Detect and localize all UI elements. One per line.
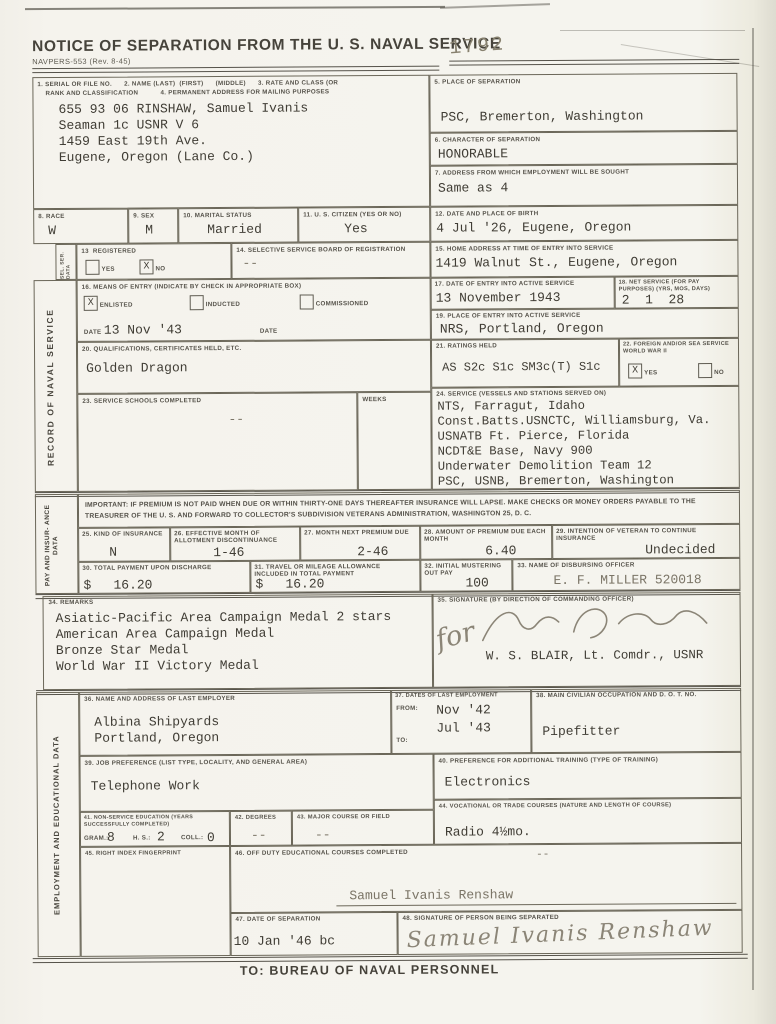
field-46-label: 46. OFF DUTY EDUCATIONAL COURSES COMPLET… bbox=[235, 849, 408, 857]
field-17-date-active-service: 17. DATE OF ENTRY INTO ACTIVE SERVICE 13… bbox=[431, 277, 615, 310]
address-line-1: 1459 East 19th Ave. bbox=[59, 133, 207, 149]
field-9-value: M bbox=[145, 222, 153, 237]
field-43-label: 43. MAJOR COURSE OR FIELD bbox=[297, 814, 390, 821]
inducted-checkbox bbox=[190, 295, 204, 310]
field-36-label: 36. NAME AND ADDRESS OF LAST EMPLOYER bbox=[84, 695, 235, 703]
field-23-value: -- bbox=[228, 412, 244, 427]
field-35-value: W. S. BLAIR, Lt. Comdr., USNR bbox=[486, 648, 704, 663]
registered-yes-label: YES bbox=[101, 266, 114, 273]
commanding-officer-signature-scrawl bbox=[479, 601, 714, 648]
foreign-service-yes-label: YES bbox=[644, 369, 657, 376]
gram-value: 8 bbox=[107, 830, 115, 845]
field-1-4-label-line2: RANK AND CLASSIFICATION 4. PERMANENT ADD… bbox=[45, 88, 329, 97]
field-41-label-1: 41. NON-SERVICE EDUCATION (YEARS bbox=[84, 814, 193, 821]
field-40-value: Electronics bbox=[445, 774, 531, 790]
enlisted-checkbox: X bbox=[84, 296, 98, 311]
field-28-premium-amount: 28. AMOUNT OF PREMIUM DUE EACH MONTH 6.4… bbox=[420, 525, 552, 560]
typed-name-renshaw: Samuel Ivanis Renshaw bbox=[349, 887, 513, 903]
foreign-service-yes-checkbox: X bbox=[628, 363, 642, 378]
field-39-value: Telephone Work bbox=[91, 778, 200, 794]
field-42-degrees: 42. DEGREES -- bbox=[230, 811, 292, 846]
field-42-label: 42. DEGREES bbox=[235, 815, 276, 821]
field-15-label: 15. HOME ADDRESS AT TIME OF ENTRY INTO S… bbox=[435, 245, 613, 253]
field-14-selective-service-board: 14. SELECTIVE SERVICE BOARD OF REGISTRAT… bbox=[231, 242, 430, 279]
field-18-value: 2 1 28 bbox=[622, 292, 685, 307]
field-47-label: 47. DATE OF SEPARATION bbox=[235, 915, 320, 923]
station-line-4: NCDT&E Base, Navy 900 bbox=[438, 444, 593, 459]
field-9-sex: 9. SEX M bbox=[128, 208, 178, 243]
field-22-label: 22. FOREIGN AND/OR SEA SERVICE WORLD WAR… bbox=[623, 341, 735, 356]
field-41-label-2: SUCCESSFULLY COMPLETED) bbox=[84, 821, 170, 828]
record-strip: RECORD OF NAVAL SERVICE bbox=[34, 280, 78, 492]
field-8-label: 8. RACE bbox=[38, 213, 65, 220]
field-35-co-signature: 35. SIGNATURE (BY DIRECTION OF COMMANDIN… bbox=[433, 592, 742, 688]
title-rule-left bbox=[32, 66, 439, 73]
hs-label: H. S.: bbox=[133, 834, 151, 841]
field-34-label: 34. REMARKS bbox=[49, 599, 94, 606]
field-25-value: N bbox=[109, 545, 117, 560]
field-22-foreign-sea-service: 22. FOREIGN AND/OR SEA SERVICE WORLD WAR… bbox=[619, 338, 739, 387]
pay-strip: PAY AND INSUR- ANCE DATA bbox=[35, 494, 79, 594]
field-8-value: W bbox=[48, 223, 56, 238]
field-17-value: 13 November 1943 bbox=[436, 290, 561, 306]
field-33-value: E. F. MILLER 520018 bbox=[553, 572, 701, 588]
field-32-value: 100 bbox=[465, 575, 488, 590]
field-11-value: Yes bbox=[344, 221, 367, 236]
field-27-value: 2-46 bbox=[357, 544, 388, 559]
field-24-label: 24. SERVICE (VESSELS AND STATIONS SERVED… bbox=[436, 390, 606, 398]
inducted-label: INDUCTED bbox=[206, 301, 240, 308]
field-25-kind-of-insurance: 25. KIND OF INSURANCE N bbox=[78, 527, 170, 562]
registered-no-label: NO bbox=[155, 265, 165, 272]
field-1-4-label-line1: 1. SERIAL OR FILE NO. 2. NAME (LAST) (FI… bbox=[37, 79, 338, 88]
field-43-value: -- bbox=[315, 827, 331, 842]
station-line-2: Const.Batts.USNCTC, Williamsburg, Va. bbox=[437, 413, 710, 429]
field-33-disbursing-officer: 33. NAME OF DISBURSING OFFICER E. F. MIL… bbox=[512, 558, 740, 591]
field-47-date-of-separation: 47. DATE OF SEPARATION 10 Jan '46 bc bbox=[230, 912, 397, 956]
field-23-service-schools: 23. SERVICE SCHOOLS COMPLETED -- bbox=[77, 392, 358, 492]
record-strip-label: RECORD OF NAVAL SERVICE bbox=[45, 289, 60, 485]
separation-form: NOTICE OF SEPARATION FROM THE U. S. NAVA… bbox=[0, 0, 776, 1024]
footer-addressee: TO: BUREAU OF NAVAL PERSONNEL bbox=[240, 962, 500, 978]
field-26-allotment-discontinuance: 26. EFFECTIVE MONTH OF ALLOTMENT DISCONT… bbox=[170, 527, 300, 562]
field-26-label: 26. EFFECTIVE MONTH OF ALLOTMENT DISCONT… bbox=[174, 530, 296, 545]
field-15-home-address: 15. HOME ADDRESS AT TIME OF ENTRY INTO S… bbox=[430, 240, 738, 278]
field-6-character-of-separation: 6. CHARACTER OF SEPARATION HONORABLE bbox=[430, 131, 738, 166]
field-5-place-of-separation: 5. PLACE OF SEPARATION PSC, Bremerton, W… bbox=[429, 73, 737, 133]
field-46-value: -- bbox=[536, 849, 549, 861]
sel-ser-data-strip: SEL. SER. DATA bbox=[55, 244, 76, 280]
gram-label: GRAM.: bbox=[84, 835, 109, 842]
field-12-label: 12. DATE AND PLACE OF BIRTH bbox=[435, 210, 538, 218]
employment-strip: EMPLOYMENT AND EDUCATIONAL DATA bbox=[36, 692, 81, 957]
scanned-document-page: NOTICE OF SEPARATION FROM THE U. S. NAVA… bbox=[0, 0, 776, 1024]
field-29-label: 29. INTENTION OF VETERAN TO CONTINUE INS… bbox=[556, 527, 736, 542]
field-13-label: 13 REGISTERED bbox=[81, 248, 136, 255]
field-29-intention-continue: 29. INTENTION OF VETERAN TO CONTINUE INS… bbox=[552, 524, 740, 559]
employment-strip-label: EMPLOYMENT AND EDUCATIONAL DATA bbox=[51, 699, 67, 952]
field-11-label: 11. U. S. CITIZEN (YES OR NO) bbox=[303, 211, 401, 219]
field-37-dates-of-employment: 37. DATES OF LAST EMPLOYMENT FROM: Nov '… bbox=[391, 689, 531, 754]
commissioned-checkbox bbox=[300, 294, 314, 309]
remark-line-3: Bronze Star Medal bbox=[56, 642, 189, 658]
to-value: Jul '43 bbox=[436, 720, 491, 735]
field-30-currency: $ bbox=[83, 578, 91, 593]
foreign-service-no-label: NO bbox=[714, 369, 724, 376]
field-9-label: 9. SEX bbox=[133, 212, 154, 219]
field-38-value: Pipefitter bbox=[542, 724, 620, 739]
field-28-value: 6.40 bbox=[485, 543, 516, 558]
registered-no-checkbox: X bbox=[139, 259, 153, 274]
field-32-mustering-out-pay: 32. INITIAL MUSTERING OUT PAY 100 bbox=[420, 559, 512, 592]
field-31-travel-allowance: 31. TRAVEL OR MILEAGE ALLOWANCE INCLUDED… bbox=[250, 560, 420, 593]
field-30-value: 16.20 bbox=[113, 577, 152, 592]
enlisted-label: ENLISTED bbox=[100, 302, 133, 309]
field-44-value: Radio 4½mo. bbox=[445, 824, 531, 840]
station-line-6: PSC, USNB, Bremerton, Washington bbox=[438, 473, 674, 488]
field-19-value: NRS, Portland, Oregon bbox=[440, 321, 604, 337]
field-15-value: 1419 Walnut St., Eugene, Oregon bbox=[435, 254, 677, 270]
field-28-label: 28. AMOUNT OF PREMIUM DUE EACH MONTH bbox=[424, 528, 548, 543]
field-16-means-of-entry: 16. MEANS OF ENTRY (INDICATE BY CHECK IN… bbox=[77, 278, 431, 342]
from-value: Nov '42 bbox=[436, 702, 491, 717]
field-14-value: -- bbox=[242, 256, 258, 271]
field-13-registered: 13 REGISTERED YES X NO bbox=[76, 243, 231, 280]
field-40-label: 40. PREFERENCE FOR ADDITIONAL TRAINING (… bbox=[439, 756, 659, 764]
field-1-4-identity: 1. SERIAL OR FILE NO. 2. NAME (LAST) (FI… bbox=[32, 75, 430, 209]
from-label: FROM: bbox=[396, 705, 418, 712]
station-line-5: Underwater Demolition Team 12 bbox=[438, 458, 652, 473]
field-10-value: Married bbox=[207, 222, 262, 237]
field-12-birth: 12. DATE AND PLACE OF BIRTH 4 Jul '26, E… bbox=[430, 205, 738, 242]
field-5-value: PSC, Bremerton, Washington bbox=[441, 108, 644, 124]
field-18-net-service: 18. NET SERVICE (FOR PAY PURPOSES) (YRS,… bbox=[615, 276, 739, 309]
remark-line-1: Asiatic-Pacific Area Campaign Medal 2 st… bbox=[56, 609, 392, 626]
remark-line-2: American Area Campaign Medal bbox=[56, 626, 275, 642]
field-43-major-course: 43. MAJOR COURSE OR FIELD -- bbox=[292, 810, 434, 846]
commissioned-label: COMMISSIONED bbox=[316, 300, 369, 307]
field-23-weeks-column: WEEKS bbox=[357, 392, 432, 490]
field-17-label: 17. DATE OF ENTRY INTO ACTIVE SERVICE bbox=[435, 280, 575, 288]
field-6-label: 6. CHARACTER OF SEPARATION bbox=[435, 136, 541, 144]
field-31-label: 31. TRAVEL OR MILEAGE ALLOWANCE INCLUDED… bbox=[254, 563, 414, 578]
field-44-label: 44. VOCATIONAL OR TRADE COURSES (NATURE … bbox=[439, 802, 672, 809]
entry-date-label: DATE bbox=[84, 329, 102, 336]
field-7-employment-address: 7. ADDRESS FROM WHICH EMPLOYMENT WILL BE… bbox=[430, 164, 738, 207]
station-line-1: NTS, Farragut, Idaho bbox=[437, 399, 585, 414]
field-41-non-service-education: 41. NON-SERVICE EDUCATION (YEARS SUCCESS… bbox=[80, 811, 230, 847]
field-26-value: 1-46 bbox=[213, 545, 244, 560]
field-38-label: 38. MAIN CIVILIAN OCCUPATION AND D. O. T… bbox=[536, 691, 736, 699]
field-21-value: AS S2c S1c SM3c(T) S1c bbox=[442, 360, 601, 375]
serial-and-name-value: 655 93 06 RINSHAW, Samuel Ivanis bbox=[58, 100, 308, 117]
title-rule-right bbox=[449, 59, 739, 66]
field-7-label: 7. ADDRESS FROM WHICH EMPLOYMENT WILL BE… bbox=[435, 169, 629, 177]
field-16-label: 16. MEANS OF ENTRY (INDICATE BY CHECK IN… bbox=[82, 283, 302, 291]
field-30-total-payment: 30. TOTAL PAYMENT UPON DISCHARGE $ 16.20 bbox=[78, 561, 250, 594]
entry-date-value: 13 Nov '43 bbox=[104, 322, 182, 337]
field-23-label: 23. SERVICE SCHOOLS COMPLETED bbox=[82, 397, 201, 405]
field-48-signature-of-separated: 48. SIGNATURE OF PERSON BEING SEPARATED … bbox=[397, 910, 742, 955]
field-45-fingerprint: 45. RIGHT INDEX FINGERPRINT bbox=[80, 846, 231, 957]
field-47-value: 10 Jan '46 bc bbox=[234, 933, 336, 949]
handwritten-for: for bbox=[433, 616, 479, 656]
field-27-month-next-premium: 27. MONTH NEXT PREMIUM DUE 2-46 bbox=[300, 526, 420, 561]
serial-stamp: 1792 bbox=[448, 33, 506, 60]
field-48-label: 48. SIGNATURE OF PERSON BEING SEPARATED bbox=[402, 914, 558, 922]
field-29-value: Undecided bbox=[645, 542, 715, 557]
coll-value: 0 bbox=[207, 830, 215, 845]
field-21-ratings-held: 21. RATINGS HELD AS S2c S1c SM3c(T) S1c bbox=[431, 339, 619, 388]
weeks-label: WEEKS bbox=[362, 396, 386, 403]
field-20-qualifications: 20. QUALIFICATIONS, CERTIFICATES HELD, E… bbox=[77, 340, 431, 394]
station-line-3: USNATB Ft. Pierce, Florida bbox=[437, 429, 629, 444]
field-44-vocational-courses: 44. VOCATIONAL OR TRADE COURSES (NATURE … bbox=[434, 798, 742, 845]
field-40-training-preference: 40. PREFERENCE FOR ADDITIONAL TRAINING (… bbox=[433, 752, 741, 800]
hs-value: 2 bbox=[157, 829, 165, 844]
field-5-label: 5. PLACE OF SEPARATION bbox=[434, 78, 520, 86]
form-title: NOTICE OF SEPARATION FROM THE U. S. NAVA… bbox=[32, 35, 501, 56]
field-38-civilian-occupation: 38. MAIN CIVILIAN OCCUPATION AND D. O. T… bbox=[531, 688, 741, 753]
remark-line-4: World War II Victory Medal bbox=[56, 658, 259, 674]
to-label: TO: bbox=[396, 737, 407, 744]
coll-label: COLL.: bbox=[181, 834, 203, 841]
field-42-value: -- bbox=[251, 828, 267, 843]
field-10-label: 10. MARITAL STATUS bbox=[183, 212, 252, 219]
field-24-vessels-stations: 24. SERVICE (VESSELS AND STATIONS SERVED… bbox=[431, 386, 740, 490]
field-31-value: 16.20 bbox=[285, 576, 324, 591]
field-11-us-citizen: 11. U. S. CITIZEN (YES OR NO) Yes bbox=[298, 207, 430, 243]
field-14-label: 14. SELECTIVE SERVICE BOARD OF REGISTRAT… bbox=[236, 246, 405, 254]
field-19-place-of-entry: 19. PLACE OF ENTRY INTO ACTIVE SERVICE N… bbox=[431, 308, 739, 340]
field-21-label: 21. RATINGS HELD bbox=[436, 342, 497, 349]
field-7-value: Same as 4 bbox=[438, 180, 508, 195]
field-25-label: 25. KIND OF INSURANCE bbox=[82, 530, 166, 538]
field-37-label: 37. DATES OF LAST EMPLOYMENT bbox=[395, 692, 498, 699]
field-39-job-preference: 39. JOB PREFERENCE (LIST TYPE, LOCALITY,… bbox=[79, 754, 433, 812]
foreign-service-no-checkbox bbox=[698, 363, 712, 378]
field-8-race: 8. RACE W bbox=[33, 209, 128, 245]
field-27-label: 27. MONTH NEXT PREMIUM DUE bbox=[304, 529, 416, 537]
typed-name-underline bbox=[336, 903, 736, 906]
registered-yes-checkbox bbox=[85, 260, 99, 275]
field-12-value: 4 Jul '26, Eugene, Oregon bbox=[436, 220, 631, 236]
field-31-currency: $ bbox=[255, 577, 263, 592]
field-30-label: 30. TOTAL PAYMENT UPON DISCHARGE bbox=[82, 564, 212, 572]
rate-class-value: Seaman 1c USNR V 6 bbox=[59, 117, 200, 133]
employer-line-1: Albina Shipyards bbox=[94, 714, 219, 730]
field-46-off-duty-courses: 46. OFF DUTY EDUCATIONAL COURSES COMPLET… bbox=[230, 843, 742, 913]
field-20-value: Golden Dragon bbox=[86, 360, 188, 376]
address-line-2: Eugene, Oregon (Lane Co.) bbox=[59, 149, 254, 165]
form-number: NAVPERS-553 (Rev. 8-45) bbox=[32, 57, 131, 67]
field-20-label: 20. QUALIFICATIONS, CERTIFICATES HELD, E… bbox=[82, 345, 242, 353]
employer-line-2: Portland, Oregon bbox=[94, 730, 219, 746]
important-text: IMPORTANT: IF PREMIUM IS NOT PAID WHEN D… bbox=[85, 496, 733, 522]
field-45-label: 45. RIGHT INDEX FINGERPRINT bbox=[85, 850, 181, 857]
important-notice: IMPORTANT: IF PREMIUM IS NOT PAID WHEN D… bbox=[78, 490, 740, 528]
field-19-label: 19. PLACE OF ENTRY INTO ACTIVE SERVICE bbox=[436, 312, 581, 320]
field-33-label: 33. NAME OF DISBURSING OFFICER bbox=[517, 561, 634, 569]
pay-strip-label: PAY AND INSUR- ANCE DATA bbox=[44, 499, 71, 591]
field-36-last-employer: 36. NAME AND ADDRESS OF LAST EMPLOYER Al… bbox=[79, 690, 391, 756]
field-34-remarks: 34. REMARKS Asiatic-Pacific Area Campaig… bbox=[43, 594, 434, 690]
field-39-label: 39. JOB PREFERENCE (LIST TYPE, LOCALITY,… bbox=[85, 758, 308, 766]
entry-date2-label: DATE bbox=[260, 328, 278, 335]
field-6-value: HONORABLE bbox=[438, 146, 508, 161]
field-10-marital-status: 10. MARITAL STATUS Married bbox=[178, 208, 298, 244]
sel-ser-data-label: SEL. SER. DATA bbox=[60, 247, 74, 279]
